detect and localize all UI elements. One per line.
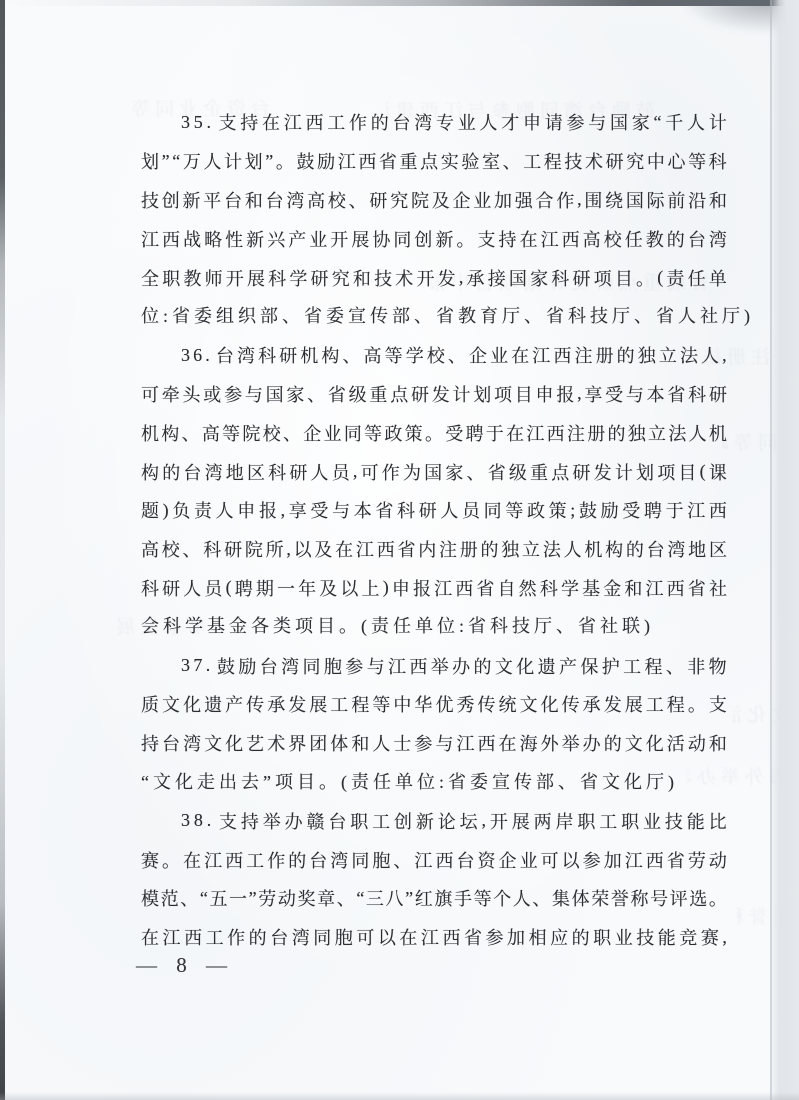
text-line: 38. 支持举办赣台职工创新论坛,开展两岸职工职业技能比 <box>141 801 727 840</box>
text-line: 35. 支持在江西工作的台湾专业人才申请参与国家“千人计 <box>141 103 727 142</box>
text-line: 科研人员(聘期一年及以上)申报江西省自然科学基金和江西省社 <box>141 569 727 608</box>
text-line: 36. 台湾科研机构、高等学校、企业在江西注册的独立法人, <box>141 336 727 375</box>
scanned-page: 台资企业同等待遇鼓励台湾同胞参与江西建设省级重点研发计划项目申报注册法人同等政策… <box>0 0 799 1100</box>
text-line: 会科学基金各类项目。(责任单位:省科技厅、省社联) <box>141 607 727 646</box>
page-number: — 8 — <box>136 953 234 978</box>
scan-edge-right <box>769 0 799 1100</box>
scan-edge-left <box>0 0 5 1100</box>
text-line: 构的台湾地区科研人员,可作为国家、省级重点研发计划项目(课 <box>141 452 727 491</box>
text-line: 划”“万人计划”。鼓励江西省重点实验室、工程技术研究中心等科 <box>141 142 727 181</box>
text-line: “文化走出去”项目。(责任单位:省委宣传部、省文化厅) <box>141 763 727 802</box>
text-line: 可牵头或参与国家、省级重点研发计划项目申报,享受与本省科研 <box>141 375 727 414</box>
text-line: 机构、高等院校、企业同等政策。受聘于在江西注册的独立法人机 <box>141 413 727 452</box>
text-line: 全职教师开展科学研究和技术开发,承接国家科研项目。(责任单 <box>141 258 727 297</box>
text-line: 在江西工作的台湾同胞可以在江西省参加相应的职业技能竞赛, <box>141 918 727 957</box>
text-line: 模范、“五一”劳动奖章、“三八”红旗手等个人、集体荣誉称号评选。 <box>141 879 727 918</box>
text-line: 江西战略性新兴产业开展协同创新。支持在江西高校任教的台湾 <box>141 219 727 258</box>
text-line: 持台湾文化艺术界团体和人士参与江西在海外举办的文化活动和 <box>141 724 727 763</box>
document-body: 35. 支持在江西工作的台湾专业人才申请参与国家“千人计划”“万人计划”。鼓励江… <box>141 103 727 957</box>
text-line: 位:省委组织部、省委宣传部、省教育厅、省科技厅、省人社厅) <box>141 297 727 336</box>
text-line: 技创新平台和台湾高校、研究院及企业加强合作,围绕国际前沿和 <box>141 181 727 220</box>
text-line: 高校、科研院所,以及在江西省内注册的独立法人机构的台湾地区 <box>141 530 727 569</box>
text-line: 37. 鼓励台湾同胞参与江西举办的文化遗产保护工程、非物 <box>141 646 727 685</box>
text-line: 质文化遗产传承发展工程等中华优秀传统文化传承发展工程。支 <box>141 685 727 724</box>
text-line: 赛。在江西工作的台湾同胞、江西台资企业可以参加江西省劳动 <box>141 840 727 879</box>
text-line: 题)负责人申报,享受与本省科研人员同等政策;鼓励受聘于江西 <box>141 491 727 530</box>
scan-edge-bottom <box>0 1092 799 1100</box>
